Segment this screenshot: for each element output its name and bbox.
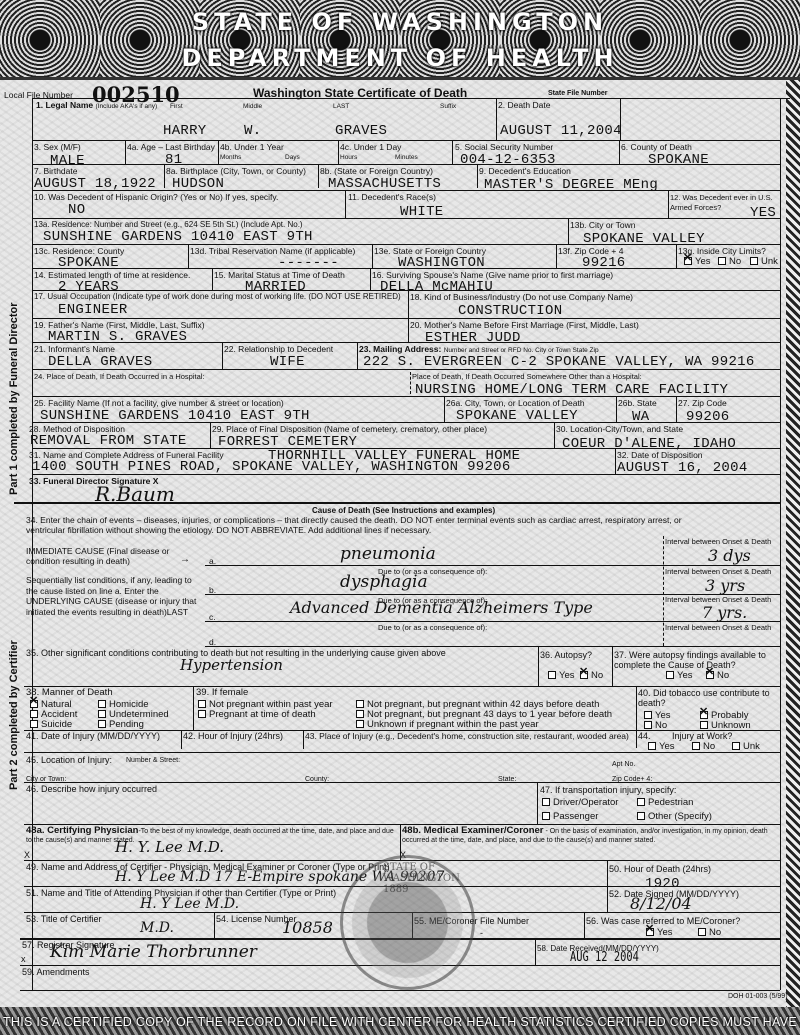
divider [408,318,409,342]
middle-name-value: W. [244,124,261,138]
tobacco-label: 40. Did tobacco use contribute to death? [638,688,778,708]
attending-physician-value[interactable]: H. Y Lee M.D. [140,896,239,912]
row-divider [32,369,780,370]
checkbox-checked-icon [706,671,714,679]
part2-side-label: Part 2 completed by Certifier [8,640,20,790]
divider [568,218,569,244]
divider [676,244,677,268]
residence-city-label: 13b. City or Town [570,220,636,230]
cause-line [205,646,780,647]
manner-of-death-label: 38. Manner of Death [26,688,113,698]
relationship-value: WIFE [270,355,305,369]
work-injury-no-checkbox[interactable]: No [692,741,715,752]
divider [181,730,182,749]
checkbox-icon [198,700,206,708]
divider [218,140,219,164]
divider [619,140,620,164]
birthdate-value: AUGUST 18,1922 [34,177,156,191]
checkbox-icon [718,257,726,265]
mother-name-label: 20. Mother's Name Before First Marriage … [410,320,639,330]
hour-of-death-label: 50. Hour of Death (24hrs) [609,864,711,874]
legal-name-label: 1. Legal Name (Include AKA's if any) [36,100,157,112]
checkbox-icon [644,721,652,729]
death-date-value: AUGUST 11,2004 [500,124,622,138]
checkbox-icon [700,721,708,729]
cause-line-c-value[interactable]: Advanced Dementia Alzheimers Type [290,598,593,617]
row-divider [24,782,780,783]
state-file-label: State File Number [548,90,608,97]
checkbox-checked-icon [580,671,588,679]
birthplace-label: 8a. Birthplace (City, Town, or County) [166,166,306,176]
disposition-method-value: REMOVAL FROM STATE [30,434,187,448]
seal-text: STATE OF WASHINGTON 1889 [383,862,472,895]
row-divider [24,752,780,753]
injury-zip-label: Zip Code+ 4: [612,775,652,785]
divider [615,448,616,474]
row-divider [32,318,780,319]
checkbox-icon [356,710,364,718]
transport-passenger-checkbox[interactable]: Passenger [542,811,598,822]
divider [496,98,497,140]
informant-name-label: 21. Informant's Name [34,344,115,354]
death-city-value: SPOKANE VALLEY [456,409,578,423]
funeral-facility-address: 1400 SOUTH PINES ROAD, SPOKANE VALLEY, W… [32,460,511,474]
divider [636,686,637,748]
checkbox-checked-icon [700,711,708,719]
state-title: STATE OF WASHINGTON [0,4,800,40]
checkbox-icon [30,720,38,728]
disposition-date-label: 32. Date of Disposition [617,450,703,460]
under-1-day-label: 4c. Under 1 Day [340,142,401,152]
me-file-number-value: - [480,928,483,938]
checkbox-icon [637,812,645,820]
divider [345,190,346,218]
registrar-signature[interactable]: Kim Marie Thorbrunner [50,942,257,962]
department-title: DEPARTMENT OF HEALTH [0,40,800,76]
county-of-death-label: 6. County of Death [621,142,692,152]
row-divider [32,218,780,219]
education-label: 9. Decedent's Education [479,166,571,176]
form-code: DOH 01-003 (5/99) [728,992,788,1002]
disposition-date-value: AUGUST 16, 2004 [617,461,748,475]
row-divider [607,886,780,887]
registrar-x-mark: x [21,954,26,964]
checkbox-icon [98,720,106,728]
middle-name-label: Middle [243,102,262,112]
autopsy-yes-checkbox[interactable]: Yes [548,670,575,681]
state-seal-icon: STATE OF WASHINGTON 1889 [340,855,475,990]
work-injury-unk-checkbox[interactable]: Unk [732,741,760,752]
divider [318,164,319,188]
death-state-label: 26b. State [618,398,657,408]
business-value: CONSTRUCTION [458,304,562,318]
immediate-cause-label: IMMEDIATE CAUSE (Final disease or condit… [26,546,191,566]
checkbox-icon [356,720,364,728]
residence-street-value: SUNSHINE GARDENS 10410 EAST 9TH [43,230,313,244]
first-name-value: HARRY [163,124,207,138]
injury-description-label: 46. Describe how injury occurred [26,784,157,794]
checkbox-icon [698,928,706,936]
sequential-cause-label: Sequentially list conditions, if any, le… [26,575,201,617]
days-label: Days [285,153,300,163]
cause-instructions-2: ventricular fibrillation without showing… [26,525,431,535]
due-to-label: Due to (or as a consequence of): [378,623,487,633]
divider [303,730,304,749]
row-divider [32,268,780,269]
divider [410,372,411,394]
date-received-stamp: AUG 12 2004 [570,950,639,965]
checkbox-icon [637,798,645,806]
cause-line-b-value[interactable]: dysphagia [340,572,428,592]
divider [452,140,453,164]
me-referral-yes-checkbox[interactable]: Yes [646,927,673,938]
birth-state-value: MASSACHUSETTS [328,177,441,191]
age-label: 4a. Age – Last Birthday [127,142,215,152]
city-limits-no-checkbox[interactable]: No [718,256,741,267]
informant-name-value: DELLA GRAVES [48,355,152,369]
injury-location-label: 45. Location of Injury: [26,755,112,765]
findings-no-checkbox[interactable]: No [706,670,729,681]
divider [222,342,223,369]
hispanic-origin-value: NO [68,203,85,217]
injury-state-label: State: [498,775,516,785]
sex-label: 3. Sex (M/F) [34,142,81,152]
row-divider [24,886,607,887]
form-right-border [780,98,781,990]
city-limits-unk-checkbox[interactable]: Unk [750,256,778,267]
injury-street-label: Number & Street: [126,756,180,766]
injury-county-label: County: [305,775,329,785]
business-label: 18. Kind of Business/Industry (Do not us… [410,292,633,302]
row-divider [32,422,780,423]
checkbox-icon [548,671,556,679]
row-divider [32,474,780,475]
autopsy-no-checkbox[interactable]: No [580,670,603,681]
if-female-label: 39. If female [196,688,248,698]
autopsy-findings-label: 37. Were autopsy findings available to c… [614,650,780,670]
injury-hour-label: 42. Hour of Injury (24hrs) [183,731,283,741]
divider [444,396,445,422]
manner-suicide-checkbox[interactable]: Suicide [30,719,72,730]
first-name-label: First [170,102,183,112]
hours-label: Hours [340,153,357,163]
divider [164,164,165,188]
birthplace-value: HUDSON [172,177,224,191]
city-limits-yes-checkbox[interactable]: Yes [684,256,711,267]
other-place-label: Place of Death, If Death Occurred Somewh… [412,372,642,382]
checkbox-icon [542,798,550,806]
birthdate-label: 7. Birthdate [34,166,77,176]
interval-label-d: Interval between Onset & Death [665,623,771,633]
checkbox-checked-icon [30,700,38,708]
divider [556,244,557,268]
divider [616,396,617,422]
final-disposition-label: 29. Place of Final Disposition (Name of … [212,424,487,434]
agency-title: STATE OF WASHINGTON DEPARTMENT OF HEALTH [0,4,800,76]
other-place-value: NURSING HOME/LONG TERM CARE FACILITY [415,383,728,397]
form-top-border [32,98,790,99]
divider [538,646,539,686]
pregnancy-option-2[interactable]: Pregnant at time of death [198,709,316,720]
interval-a-value[interactable]: 3 dys [708,546,751,565]
interval-divider [663,536,664,646]
form-bottom-border [20,990,780,991]
certified-copy-footer: THIS IS A CERTIFIED COPY OF THE RECORD O… [0,1007,800,1035]
certifier-title-label: 53. Title of Certifier [26,914,102,924]
injury-at-work-number: 44. [638,731,651,741]
row-divider [32,140,780,141]
cause-line-a-value[interactable]: pneumonia [340,544,436,564]
arrow-right-icon: → [180,555,190,565]
date-signed-value[interactable]: 8/12/04 [630,894,692,913]
divider [668,190,669,218]
divider [554,422,555,448]
row-divider [32,342,780,343]
occupation-value: ENGINEER [58,303,128,317]
suffix-label: Suffix [440,102,456,112]
checkbox-icon [666,671,674,679]
row-divider [32,290,780,291]
injury-at-work-label: Injury at Work? [672,731,732,741]
checkbox-icon [542,812,550,820]
pregnancy-option-5[interactable]: Unknown if pregnant within the past year [356,719,539,730]
checkbox-icon [750,257,758,265]
cause-instructions-1: 34. Enter the chain of events – diseases… [26,515,682,525]
divider [193,686,194,730]
divider [477,164,478,188]
injury-apt-label: Apt No. [612,760,635,770]
other-conditions-value[interactable]: Hypertension [180,656,283,674]
race-label: 11. Decedent's Race(s) [348,192,436,202]
certifying-physician-signature[interactable]: H. Y. Lee M.D. [115,838,224,856]
months-label: Months [220,153,241,163]
cause-line [205,621,780,622]
death-city-label: 26a. City, Town, or Location of Death [446,398,585,408]
occupation-label: 17. Usual Occupation (Indicate type of w… [34,292,401,302]
divider [125,140,126,164]
hospital-place-label: 24. Place of Death, If Death Occurred in… [34,372,205,382]
under-1-year-label: 4b. Under 1 Year [220,142,284,152]
findings-yes-checkbox[interactable]: Yes [666,670,693,681]
facility-name-label: 25. Facility Name (If not a facility, gi… [34,398,284,408]
divider [537,782,538,824]
final-disposition-value: FORREST CEMETERY [218,435,357,449]
interval-c-value[interactable]: 7 yrs. [702,603,747,622]
checkbox-icon [732,742,740,750]
death-date-label: 2. Death Date [498,100,550,110]
birth-state-label: 8b. (State or Foreign Country) [320,166,433,176]
row-divider [32,396,780,397]
row-divider [32,164,780,165]
checkbox-icon [648,742,656,750]
checkbox-icon [98,700,106,708]
autopsy-label: 36. Autopsy? [540,650,592,660]
transport-injury-label: 47. If transportation injury, specify: [540,785,676,795]
form-left-border [32,98,33,990]
disposition-location-label: 30. Location-City/Town, and State [556,424,683,434]
divider [188,244,189,268]
checkbox-icon [198,710,206,718]
injury-date-label: 41. Date of Injury (MM/DD/YYYY) [26,731,160,741]
injury-place-label: 43. Place of Injury (e.g., Decedent's ho… [305,731,629,741]
checkbox-checked-icon [646,928,654,936]
divider [620,98,621,140]
divider [357,342,358,369]
part1-side-label: Part 1 completed by Funeral Director [8,302,20,495]
death-zip-label: 27. Zip Code [678,398,727,408]
part-divider [14,502,780,504]
divider [210,422,211,448]
certifier-title-value[interactable]: M.D. [140,920,174,936]
cause-line [205,565,780,566]
last-name-value: GRAVES [335,124,387,138]
divider [535,940,536,965]
me-referral-label: 56. Was case referred to ME/Coroner? [586,916,740,926]
divider [212,268,213,290]
certifier-x-mark: X [24,850,30,860]
facility-name-value: SUNSHINE GARDENS 10410 EAST 9TH [40,409,310,423]
transport-driver-checkbox[interactable]: Driver/Operator [542,797,618,808]
relationship-label: 22. Relationship to Decedent [224,344,333,354]
hispanic-origin-label: 10. Was Decedent of Hispanic Origin? (Ye… [34,192,278,202]
last-name-label: LAST [333,102,349,112]
manner-pending-checkbox[interactable]: Pending [98,719,144,730]
ssn-label: 5. Social Security Number [455,142,553,152]
row-divider [24,686,780,687]
divider [408,290,409,318]
race-value: WHITE [400,205,444,219]
me-referral-no-checkbox[interactable]: No [698,927,721,938]
mailing-address-value: 222 S. EVERGREEN C-2 SPOKANE VALLEY, WA … [363,355,755,369]
medical-examiner-block: 48b. Medical Examiner/Coroner - On the b… [402,826,778,845]
checkbox-icon [644,711,652,719]
checkbox-checked-icon [684,257,692,265]
row-divider [32,244,780,245]
divider [612,646,613,686]
divider [370,268,371,290]
transport-other-checkbox[interactable]: Other (Specify) [637,811,712,822]
checkbox-icon [30,710,38,718]
divider [338,140,339,164]
checkbox-icon [98,710,106,718]
divider [584,912,585,938]
divider [676,396,677,422]
amendments-label: 59. Amendments [22,967,90,977]
license-number-value[interactable]: 10858 [282,918,333,937]
transport-pedestrian-checkbox[interactable]: Pedestrian [637,797,693,808]
interval-b-value[interactable]: 3 yrs [705,576,745,595]
security-border [786,80,800,1010]
checkbox-icon [692,742,700,750]
work-injury-yes-checkbox[interactable]: Yes [648,741,675,752]
divider [372,244,373,268]
checkbox-icon [356,700,364,708]
divider [214,912,215,938]
minutes-label: Minutes [395,153,418,163]
